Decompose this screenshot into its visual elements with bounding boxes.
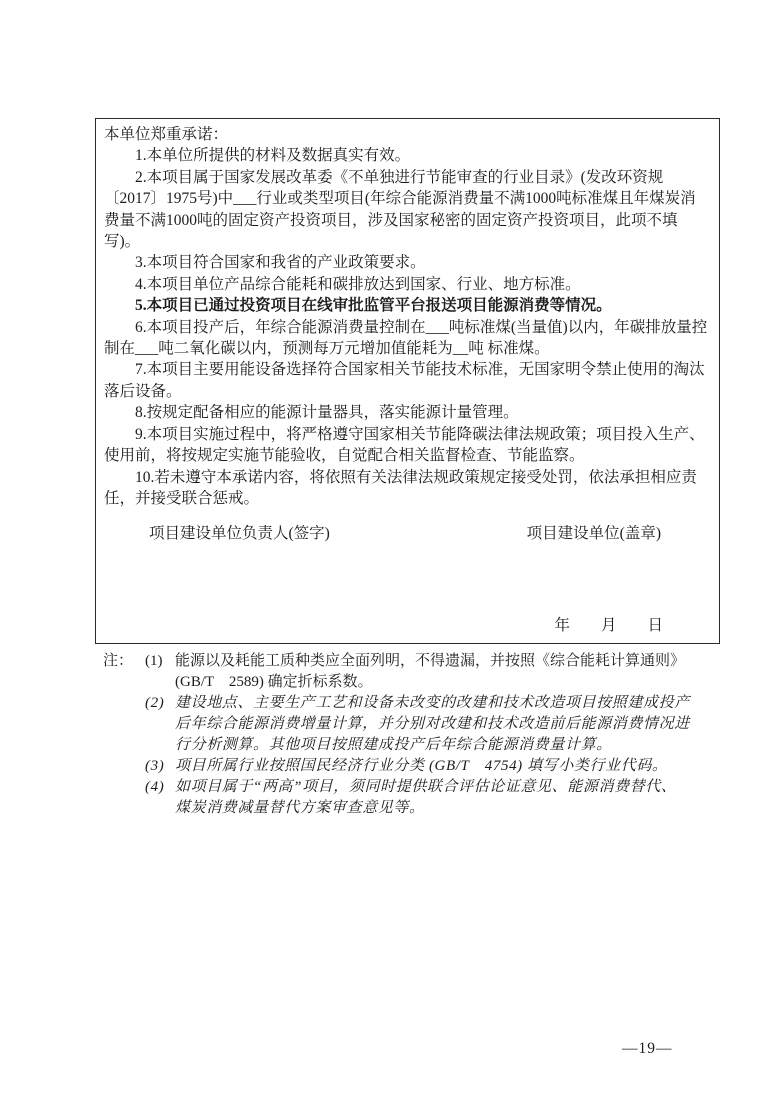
- commitment-item-5: 5.本项目已通过投资项目在线审批监管平台报送项目能源消费等情况。: [104, 295, 710, 316]
- note-4: (4) 如项目属于“两高”项目，须同时提供联合评估论证意见、能源消费替代、 煤炭…: [145, 777, 733, 819]
- signature-row: 项目建设单位负责人(签字) 项目建设单位(盖章): [96, 523, 719, 544]
- note-2-number: (2): [145, 693, 175, 756]
- commitment-item-4: 4.本项目单位产品综合能耗和碳排放达到国家、行业、地方标准。: [104, 274, 710, 295]
- note-1: (1) 能源以及耗能工质种类应全面列明，不得遗漏，并按照《综合能耗计算通则》 (…: [145, 651, 733, 693]
- commitment-heading: 本单位郑重承诺：: [104, 124, 710, 145]
- note-2: (2) 建设地点、主要生产工艺和设备未改变的改建和技术改造项目按照建成投产 后年…: [145, 693, 733, 756]
- note-3-number: (3): [145, 756, 175, 777]
- notes-section: 注： (1) 能源以及耗能工质种类应全面列明，不得遗漏，并按照《综合能耗计算通则…: [103, 651, 733, 819]
- commitment-text-block: 本单位郑重承诺： 1.本单位所提供的材料及数据真实有效。 2.本项目属于国家发展…: [96, 119, 719, 509]
- signature-label-unit-seal: 项目建设单位(盖章): [527, 523, 661, 544]
- document-page: 本单位郑重承诺： 1.本单位所提供的材料及数据真实有效。 2.本项目属于国家发展…: [0, 0, 778, 1112]
- signature-label-responsible-person: 项目建设单位负责人(签字): [149, 523, 330, 544]
- date-line: 年 月 日: [96, 615, 719, 636]
- notes-list: (1) 能源以及耗能工质种类应全面列明，不得遗漏，并按照《综合能耗计算通则》 (…: [145, 651, 733, 819]
- commitment-item-10: 10.若未遵守本承诺内容，将依照有关法律法规政策规定接受处罚，依法承担相应责任，…: [104, 467, 710, 510]
- commitment-item-2: 2.本项目属于国家发展改革委《不单独进行节能审查的行业目录》(发改环资规〔201…: [104, 167, 710, 253]
- commitment-item-8: 8.按规定配备相应的能源计量器具，落实能源计量管理。: [104, 402, 710, 423]
- commitment-item-3: 3.本项目符合国家和我省的产业政策要求。: [104, 252, 710, 273]
- commitment-box: 本单位郑重承诺： 1.本单位所提供的材料及数据真实有效。 2.本项目属于国家发展…: [95, 118, 720, 644]
- notes-label: 注：: [103, 651, 133, 672]
- note-4-number: (4): [145, 777, 175, 819]
- note-3-text: 项目所属行业按照国民经济行业分类 (GB/T 4754) 填写小类行业代码。: [175, 756, 733, 777]
- page-number: —19—: [622, 1040, 673, 1058]
- commitment-item-1: 1.本单位所提供的材料及数据真实有效。: [104, 145, 710, 166]
- note-2-text: 建设地点、主要生产工艺和设备未改变的改建和技术改造项目按照建成投产 后年综合能源…: [175, 693, 733, 756]
- commitment-item-7: 7.本项目主要用能设备选择符合国家相关节能技术标准，无国家明令禁止使用的淘汰落后…: [104, 359, 710, 402]
- commitment-item-9: 9.本项目实施过程中，将严格遵守国家相关节能降碳法律法规政策；项目投入生产、使用…: [104, 424, 710, 467]
- note-4-text: 如项目属于“两高”项目，须同时提供联合评估论证意见、能源消费替代、 煤炭消费减量…: [175, 777, 733, 819]
- commitment-item-6: 6.本项目投产后，年综合能源消费量控制在___吨标准煤(当量值)以内，年碳排放量…: [104, 317, 710, 360]
- note-1-text: 能源以及耗能工质种类应全面列明，不得遗漏，并按照《综合能耗计算通则》 (GB/T…: [175, 651, 733, 693]
- note-1-number: (1): [145, 651, 175, 693]
- note-3: (3) 项目所属行业按照国民经济行业分类 (GB/T 4754) 填写小类行业代…: [145, 756, 733, 777]
